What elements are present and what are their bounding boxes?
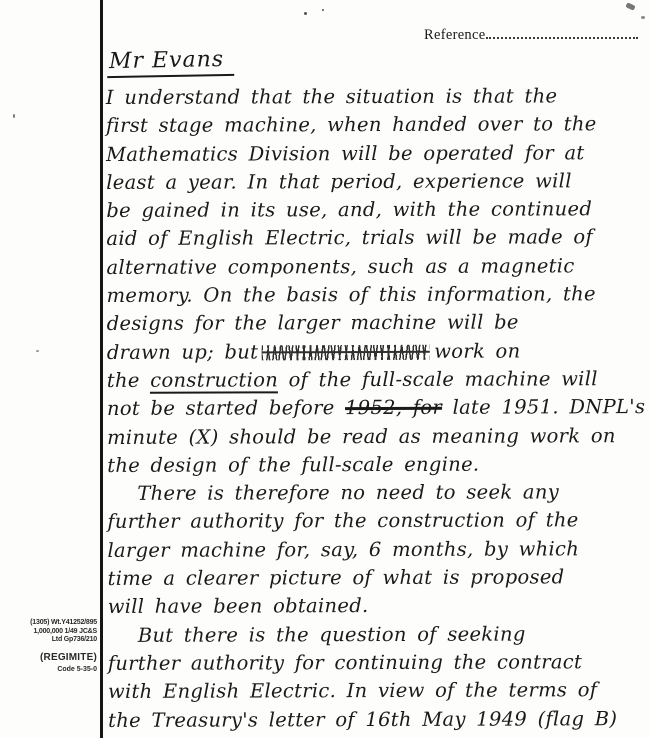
scan-noise-speck — [13, 114, 15, 118]
handwriting-text: not be started before — [107, 396, 345, 420]
handwriting-text: alternative components, such as a magnet… — [106, 254, 574, 279]
scan-noise-speck — [625, 2, 635, 10]
scanned-minute-sheet: Reference (1305) Wt.Y41252/895 1,000,000… — [0, 0, 650, 738]
scan-noise-speck — [304, 12, 307, 15]
handwriting-line: not be started before 1952, for late 195… — [107, 393, 645, 423]
printers-imprint: (1305) Wt.Y41252/895 1,000,000 1/49 JC&S… — [2, 619, 97, 673]
handwriting-text: will have been obtained. — [108, 594, 369, 618]
handwriting-text: late 1951. DNPL's — [442, 395, 645, 419]
imprint-line: 1,000,000 1/49 JC&S — [2, 628, 97, 637]
handwriting-text: the design of the full-scale engine. — [107, 452, 479, 476]
handwriting-text: Mathematics Division will be operated fo… — [106, 141, 585, 166]
handwriting-text: further authority for continuing the con… — [108, 650, 582, 675]
scan-noise-speck — [641, 16, 645, 19]
imprint-brand: (REGIMITE) — [2, 652, 97, 663]
left-margin-rule — [100, 0, 103, 738]
reference-label: Reference — [424, 27, 485, 43]
handwriting-text: I understand that the situation is that … — [106, 84, 558, 109]
imprint-line: (1305) Wt.Y41252/895 — [2, 619, 97, 628]
handwriting-line: memory. On the basis of this information… — [107, 280, 645, 310]
handwriting-text: with English Electric. In view of the te… — [108, 678, 597, 703]
scan-noise-speck — [322, 9, 324, 11]
handwriting-text: construction — [150, 368, 278, 393]
handwriting-text: But there is the question of seeking — [138, 622, 526, 646]
salutation-heading: Mr Evans — [107, 47, 235, 78]
handwriting-line: aid of English Electric, trials will be … — [106, 224, 644, 254]
handwriting-line: least a year. In that period, experience… — [106, 167, 644, 197]
imprint-code: Code 5-35-0 — [2, 666, 97, 673]
handwriting-line: alternative components, such as a magnet… — [106, 252, 644, 282]
handwriting-text: the — [107, 369, 150, 392]
handwriting-line: be gained in its use, and, with the cont… — [106, 195, 644, 225]
handwriting-line: time a clearer picture of what is propos… — [108, 563, 646, 593]
handwriting-body: I understand that the situation is that … — [106, 82, 646, 735]
handwriting-line: There is therefore no need to seek any — [107, 478, 645, 508]
handwriting-text: further authority for the construction o… — [107, 509, 578, 534]
handwriting-line: I understand that the situation is that … — [106, 82, 644, 112]
handwriting-text: least a year. In that period, experience… — [106, 169, 572, 194]
handwriting-text: aid of English Electric, trials will be … — [106, 226, 593, 251]
handwriting-line: drawn up; butwork on — [107, 337, 645, 367]
handwriting-text: designs for the larger machine will be — [107, 311, 519, 335]
reference-field: Reference — [424, 26, 644, 44]
handwriting-text: drawn up; but — [107, 340, 259, 364]
handwriting-line: first stage machine, when handed over to… — [106, 110, 644, 140]
handwriting-line: designs for the larger machine will be — [107, 308, 645, 338]
handwriting-line: minute (X) should be read as meaning wor… — [107, 422, 645, 452]
handwriting-text: 1952, for — [345, 396, 442, 419]
handwriting-text: larger machine for, say, 6 months, by wh… — [107, 537, 579, 562]
handwriting-line: larger machine for, say, 6 months, by wh… — [107, 535, 645, 565]
handwriting-text: of the full-scale machine will — [278, 367, 598, 391]
handwriting-line: further authority for continuing the con… — [108, 648, 646, 678]
reference-dotted-line — [486, 26, 638, 39]
handwriting-text: There is therefore no need to seek any — [137, 481, 559, 505]
imprint-line: Ltd Gp736/210 — [2, 636, 97, 645]
handwriting-line: will have been obtained. — [108, 591, 646, 621]
handwriting-line: Mathematics Division will be operated fo… — [106, 139, 644, 169]
handwriting-line: further authority for the construction o… — [107, 507, 645, 537]
handwriting-text: minute (X) should be read as meaning wor… — [107, 424, 616, 449]
handwriting-text: the Treasury's letter of 16th May 1949 (… — [108, 707, 617, 732]
handwriting-text: first stage machine, when handed over to… — [106, 113, 597, 138]
handwriting-line: with English Electric. In view of the te… — [108, 676, 646, 706]
handwriting-text: work on — [434, 339, 520, 362]
scribbled-out-deletion — [262, 344, 430, 360]
handwriting-text: time a clearer picture of what is propos… — [108, 565, 565, 590]
handwriting-text: memory. On the basis of this information… — [107, 282, 596, 307]
handwriting-text: be gained in its use, and, with the cont… — [106, 197, 592, 222]
handwriting-line: But there is the question of seeking — [108, 620, 646, 650]
scan-noise-speck — [36, 350, 39, 352]
handwriting-line: the Treasury's letter of 16th May 1949 (… — [108, 705, 646, 735]
handwriting-line: the design of the full-scale engine. — [107, 450, 645, 480]
handwriting-line: the construction of the full-scale machi… — [107, 365, 645, 395]
